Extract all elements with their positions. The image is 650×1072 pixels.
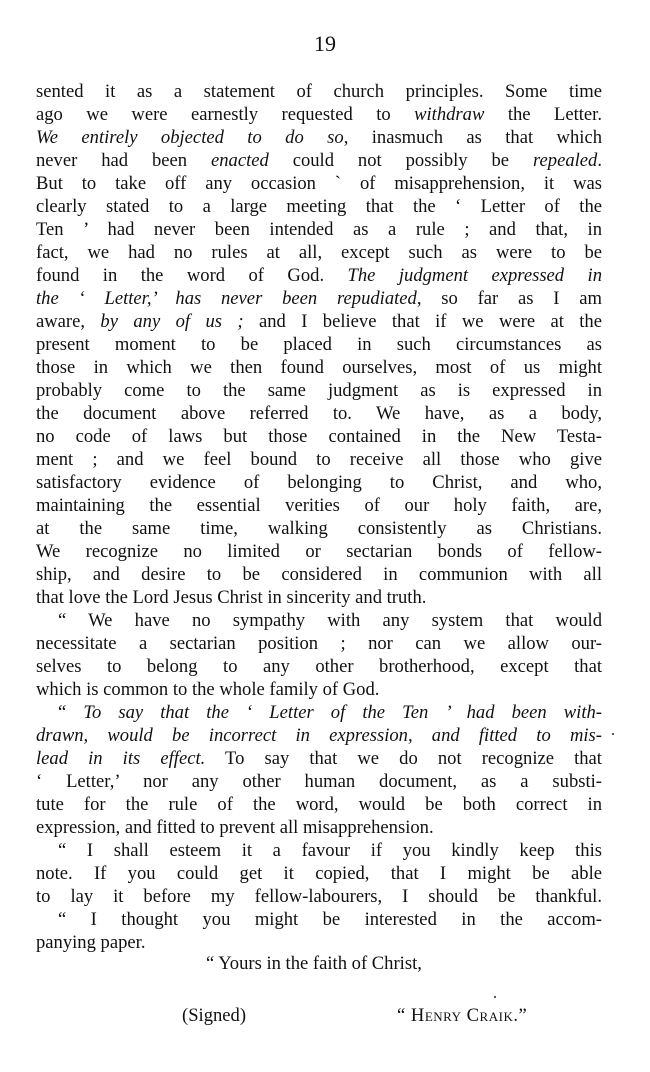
text-run: ‘ Letter,’ nor any other human document,…	[36, 771, 602, 792]
text-line: We recognize no limited or sectarian bon…	[36, 540, 602, 563]
text-run: ago we were earnestly requested to	[36, 104, 414, 125]
text-line: aware, by any of us ; and I believe that…	[36, 310, 602, 333]
text-line: “ I shall esteem it a favour if you kind…	[36, 839, 602, 862]
text-run: ment ; and we feel bound to receive all …	[36, 449, 602, 470]
text-line: “ To say that the ‘ Letter of the Ten ’ …	[36, 701, 602, 724]
italic-text: drawn, would be incorrect in expression,…	[36, 725, 602, 746]
text-line: panying paper.	[36, 931, 602, 954]
text-run: panying paper.	[36, 932, 145, 953]
italic-text: To say that the ‘ Letter of the Ten ’ ha…	[83, 702, 602, 723]
text-run: , so far as I am	[417, 288, 602, 309]
text-run: at the same time, walking consistently a…	[36, 518, 602, 539]
print-speck	[494, 996, 496, 998]
text-run: the document above referred to. We have,…	[36, 403, 602, 424]
text-run: found in the word of God.	[36, 265, 348, 286]
signature: “ Henry Craik.”	[397, 1005, 527, 1027]
text-run: satisfactory evidence of belonging to Ch…	[36, 472, 602, 493]
text-run: that love the Lord Jesus Christ in since…	[36, 587, 426, 608]
text-run: But to take off any occasion ` of misapp…	[36, 173, 602, 194]
valediction: “ Yours in the faith of Christ,	[206, 953, 422, 975]
text-line: sented it as a statement of church princ…	[36, 80, 602, 103]
text-run: , inasmuch as that which	[344, 127, 602, 148]
italic-text: We entirely objected to do so	[36, 127, 344, 148]
text-run: We recognize no limited or sectarian bon…	[36, 541, 602, 562]
text-run: probably come to the same judgment as is…	[36, 380, 602, 401]
text-run: selves to belong to any other brotherhoo…	[36, 656, 602, 677]
text-line: probably come to the same judgment as is…	[36, 379, 602, 402]
text-run: sented it as a statement of church princ…	[36, 81, 602, 102]
text-line: lead in its effect. To say that we do no…	[36, 747, 602, 770]
italic-text: the ‘ Letter,’ has never been repudiated	[36, 288, 417, 309]
text-run: “	[58, 702, 83, 723]
text-line: expression, and fitted to prevent all mi…	[36, 816, 602, 839]
italic-text: enacted	[211, 150, 269, 171]
text-line: ‘ Letter,’ nor any other human document,…	[36, 770, 602, 793]
text-line: ago we were earnestly requested to withd…	[36, 103, 602, 126]
signed-label: (Signed)	[182, 1005, 246, 1027]
text-run: never had been	[36, 150, 211, 171]
text-line: selves to belong to any other brotherhoo…	[36, 655, 602, 678]
text-run: which is common to the whole family of G…	[36, 679, 379, 700]
text-run: “ I shall esteem it a favour if you kind…	[58, 840, 602, 861]
text-run: maintaining the essential verities of ou…	[36, 495, 602, 516]
text-line: tute for the rule of the word, would be …	[36, 793, 602, 816]
text-line: We entirely objected to do so, inasmuch …	[36, 126, 602, 149]
text-run: .	[597, 150, 602, 171]
print-speck	[612, 733, 614, 735]
text-line: Ten ’ had never been intended as a rule …	[36, 218, 602, 241]
italic-text: The judgment expressed in	[348, 265, 602, 286]
text-line: fact, we had no rules at all, except suc…	[36, 241, 602, 264]
italic-text: repealed	[533, 150, 597, 171]
text-line: necessitate a sectarian position ; nor c…	[36, 632, 602, 655]
text-run: could not possibly be	[269, 150, 533, 171]
text-line: drawn, would be incorrect in expression,…	[36, 724, 602, 747]
text-run: “ We have no sympathy with any system th…	[58, 610, 602, 631]
text-line: which is common to the whole family of G…	[36, 678, 602, 701]
text-run: To say that we do not recognize that	[205, 748, 602, 769]
text-line: clearly stated to a large meeting that t…	[36, 195, 602, 218]
text-run: ship, and desire to be considered in com…	[36, 564, 602, 585]
text-line: “ We have no sympathy with any system th…	[36, 609, 602, 632]
text-run: “ I thought you might be interested in t…	[58, 909, 602, 930]
text-run: aware,	[36, 311, 100, 332]
text-line: the ‘ Letter,’ has never been repudiated…	[36, 287, 602, 310]
text-line: ment ; and we feel bound to receive all …	[36, 448, 602, 471]
text-run: Ten ’ had never been intended as a rule …	[36, 219, 602, 240]
text-run: those in which we then found ourselves, …	[36, 357, 602, 378]
text-line: found in the word of God. The judgment e…	[36, 264, 602, 287]
italic-text: lead in its effect.	[36, 748, 205, 769]
text-run: present moment to be placed in such circ…	[36, 334, 602, 355]
text-run: no code of laws but those contained in t…	[36, 426, 602, 447]
text-line: present moment to be placed in such circ…	[36, 333, 602, 356]
text-run: to lay it before my fellow-labourers, I …	[36, 886, 602, 907]
text-run: clearly stated to a large meeting that t…	[36, 196, 602, 217]
text-line: the document above referred to. We have,…	[36, 402, 602, 425]
page-number: 19	[0, 31, 650, 57]
text-line: maintaining the essential verities of ou…	[36, 494, 602, 517]
italic-text: withdraw	[414, 104, 484, 125]
text-line: at the same time, walking consistently a…	[36, 517, 602, 540]
text-run: necessitate a sectarian position ; nor c…	[36, 633, 602, 654]
text-run: tute for the rule of the word, would be …	[36, 794, 602, 815]
text-line: But to take off any occasion ` of misapp…	[36, 172, 602, 195]
text-run: fact, we had no rules at all, except suc…	[36, 242, 602, 263]
text-line: satisfactory evidence of belonging to Ch…	[36, 471, 602, 494]
text-line: “ I thought you might be interested in t…	[36, 908, 602, 931]
text-line: to lay it before my fellow-labourers, I …	[36, 885, 602, 908]
text-run: the Letter.	[484, 104, 602, 125]
text-run: note. If you could get it copied, that I…	[36, 863, 602, 884]
text-run: expression, and fitted to prevent all mi…	[36, 817, 434, 838]
italic-text: by any of us ;	[100, 311, 243, 332]
body-text: sented it as a statement of church princ…	[36, 80, 602, 954]
text-run: and I believe that if we were at the	[244, 311, 602, 332]
text-line: note. If you could get it copied, that I…	[36, 862, 602, 885]
text-line: no code of laws but those contained in t…	[36, 425, 602, 448]
text-line: those in which we then found ourselves, …	[36, 356, 602, 379]
text-line: that love the Lord Jesus Christ in since…	[36, 586, 602, 609]
text-line: ship, and desire to be considered in com…	[36, 563, 602, 586]
text-line: never had been enacted could not possibl…	[36, 149, 602, 172]
